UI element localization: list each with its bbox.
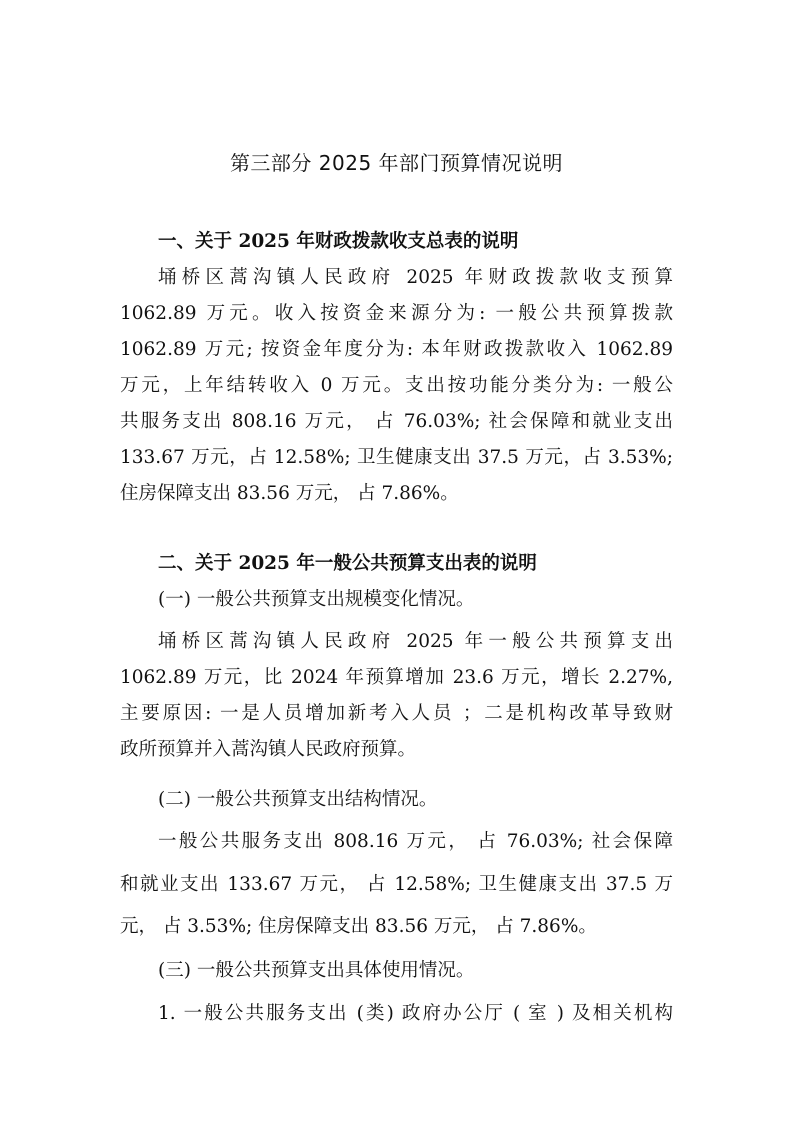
paragraph-line: 1062.89 万元。收入按资金来源分为: 一般公共预算拨款 xyxy=(120,301,673,327)
paragraph-line: 133.67 万元，占 12.58%; 卫生健康支出 37.5 万元，占 3.5… xyxy=(120,445,673,471)
page-title: 第三部分 2025 年部门预算情况说明 xyxy=(0,147,793,176)
section-1-heading: 一、关于 2025 年财政拨款收支总表的说明 xyxy=(158,229,673,255)
paragraph-line: 1. 一般公共服务支出 (类) 政府办公厅 ( 室 ) 及相关机构 xyxy=(158,1001,673,1027)
paragraph-line: 政所预算并入蒿沟镇人民政府预算。 xyxy=(120,737,673,763)
paragraph-line: 一般公共服务支出 808.16 万元， 占 76.03%; 社会保障 xyxy=(158,829,673,855)
paragraph-line: 1062.89 万元; 按资金年度分为: 本年财政拨款收入 1062.89 xyxy=(120,337,673,363)
paragraph-line: 埇桥区蒿沟镇人民政府 2025 年一般公共预算支出 xyxy=(158,629,673,655)
section-2-heading: 二、关于 2025 年一般公共预算支出表的说明 xyxy=(158,551,673,577)
paragraph-line: 主要原因: 一是人员增加新考入人员 ；二是机构改革导致财 xyxy=(120,701,673,727)
paragraph-line: 共服务支出 808.16 万元， 占 76.03%; 社会保障和就业支出 xyxy=(120,409,673,435)
paragraph-line: 住房保障支出 83.56 万元， 占 7.86%。 xyxy=(120,481,673,507)
subsection-1-heading: (一) 一般公共预算支出规模变化情况。 xyxy=(158,587,558,613)
document-page: 第三部分 2025 年部门预算情况说明 一、关于 2025 年财政拨款收支总表的… xyxy=(0,0,793,1122)
subsection-2-heading: (二) 一般公共预算支出结构情况。 xyxy=(158,787,558,813)
paragraph-line: 元， 占 3.53%; 住房保障支出 83.56 万元， 占 7.86%。 xyxy=(120,914,673,940)
paragraph-line: 万元，上年结转收入 0 万元。支出按功能分类分为: 一般公 xyxy=(120,373,673,399)
subsection-3-heading: (三) 一般公共预算支出具体使用情况。 xyxy=(158,958,558,984)
paragraph-line: 和就业支出 133.67 万元， 占 12.58%; 卫生健康支出 37.5 万 xyxy=(120,872,673,898)
paragraph-line: 埇桥区蒿沟镇人民政府 2025 年财政拨款收支预算 xyxy=(158,265,673,291)
paragraph-line: 1062.89 万元，比 2024 年预算增加 23.6 万元，增长 2.27%… xyxy=(120,665,673,691)
